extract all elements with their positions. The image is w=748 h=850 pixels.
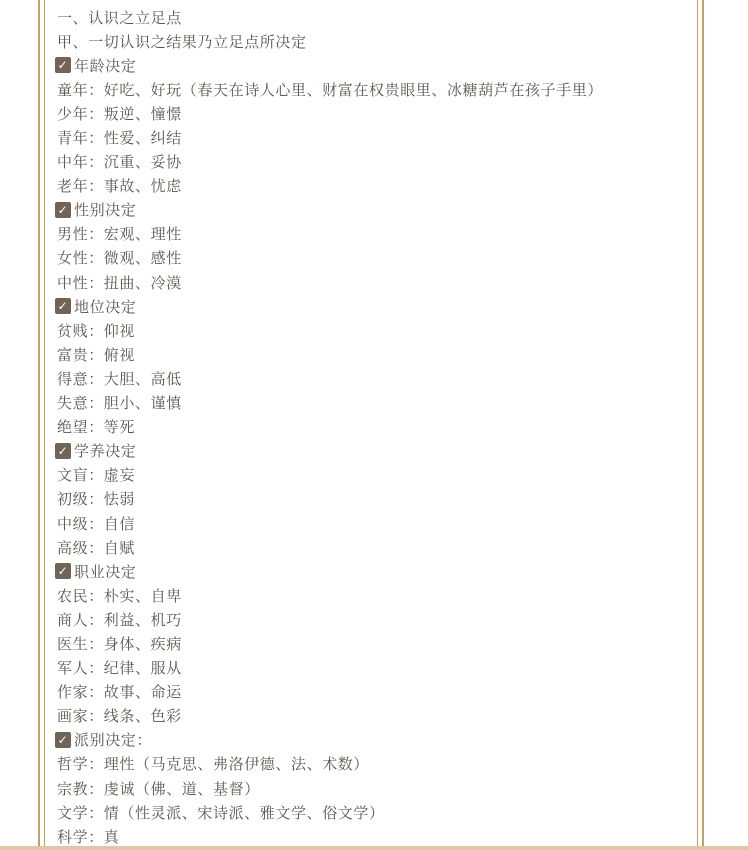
- list-item: 作家：故事、命运: [57, 680, 702, 704]
- frame-border-left-inner: [44, 0, 45, 850]
- section-heading-label: 学养决定: [74, 440, 136, 461]
- frame-border-left-outer: [38, 0, 40, 850]
- article-page: 一、认识之立足点 甲、一切认识之结果乃立足点所决定 ✓年龄决定童年：好吃、好玩（…: [0, 0, 748, 850]
- list-item: 男性：宏观、理性: [57, 222, 702, 246]
- section-heading-row: ✓性别决定: [57, 198, 702, 222]
- list-item: 宗教：虔诚（佛、道、基督）: [57, 776, 702, 800]
- outline-content: 一、认识之立足点 甲、一切认识之结果乃立足点所决定 ✓年龄决定童年：好吃、好玩（…: [57, 5, 702, 848]
- list-item: 富贵：俯视: [57, 342, 702, 366]
- list-item: 哲学：理性（马克思、弗洛伊德、法、术数）: [57, 752, 702, 776]
- list-item: 初级：怯弱: [57, 487, 702, 511]
- section-heading-row: ✓学养决定: [57, 439, 702, 463]
- section-heading-row: ✓职业决定: [57, 559, 702, 583]
- list-item: 青年：性爱、纠结: [57, 125, 702, 149]
- list-item: 童年：好吃、好玩（春天在诗人心里、财富在权贵眼里、冰糖葫芦在孩子手里）: [57, 77, 702, 101]
- checkbox-checked-icon[interactable]: ✓: [55, 57, 71, 73]
- list-item: 科学：真: [57, 824, 702, 848]
- list-item: 医生：身体、疾病: [57, 631, 702, 655]
- section-heading-label: 派别决定：: [74, 729, 152, 750]
- section-heading-row: ✓年龄决定: [57, 53, 702, 77]
- list-item: 中年：沉重、妥协: [57, 150, 702, 174]
- outline-subheading: 甲、一切认识之结果乃立足点所决定: [57, 29, 702, 53]
- list-item: 少年：叛逆、憧憬: [57, 101, 702, 125]
- list-item: 画家：线条、色彩: [57, 704, 702, 728]
- frame-border-right-outer: [702, 0, 704, 850]
- checkbox-checked-icon[interactable]: ✓: [55, 443, 71, 459]
- list-item: 绝望：等死: [57, 415, 702, 439]
- list-item: 中级：自信: [57, 511, 702, 535]
- list-item: 军人：纪律、服从: [57, 656, 702, 680]
- section-heading-label: 年龄决定: [74, 55, 136, 76]
- checkbox-checked-icon[interactable]: ✓: [55, 563, 71, 579]
- list-item: 文盲：虚妄: [57, 463, 702, 487]
- checkbox-checked-icon[interactable]: ✓: [55, 732, 71, 748]
- checkbox-checked-icon[interactable]: ✓: [55, 202, 71, 218]
- list-item: 中性：扭曲、冷漠: [57, 270, 702, 294]
- section-heading-label: 性别决定: [74, 199, 136, 220]
- list-item: 得意：大胆、高低: [57, 366, 702, 390]
- list-item: 农民：朴实、自卑: [57, 583, 702, 607]
- outline-heading: 一、认识之立足点: [57, 5, 702, 29]
- section-heading-label: 地位决定: [74, 296, 136, 317]
- section-heading-label: 职业决定: [74, 561, 136, 582]
- section-heading-row: ✓派别决定：: [57, 728, 702, 752]
- list-item: 失意：胆小、谨慎: [57, 391, 702, 415]
- list-item: 贫贱：仰视: [57, 318, 702, 342]
- section-heading-row: ✓地位决定: [57, 294, 702, 318]
- list-item: 老年：事故、忧虑: [57, 174, 702, 198]
- list-item: 女性：微观、感性: [57, 246, 702, 270]
- checkbox-checked-icon[interactable]: ✓: [55, 298, 71, 314]
- list-item: 商人：利益、机巧: [57, 607, 702, 631]
- list-item: 文学：情（性灵派、宋诗派、雅文学、俗文学）: [57, 800, 702, 824]
- list-item: 高级：自赋: [57, 535, 702, 559]
